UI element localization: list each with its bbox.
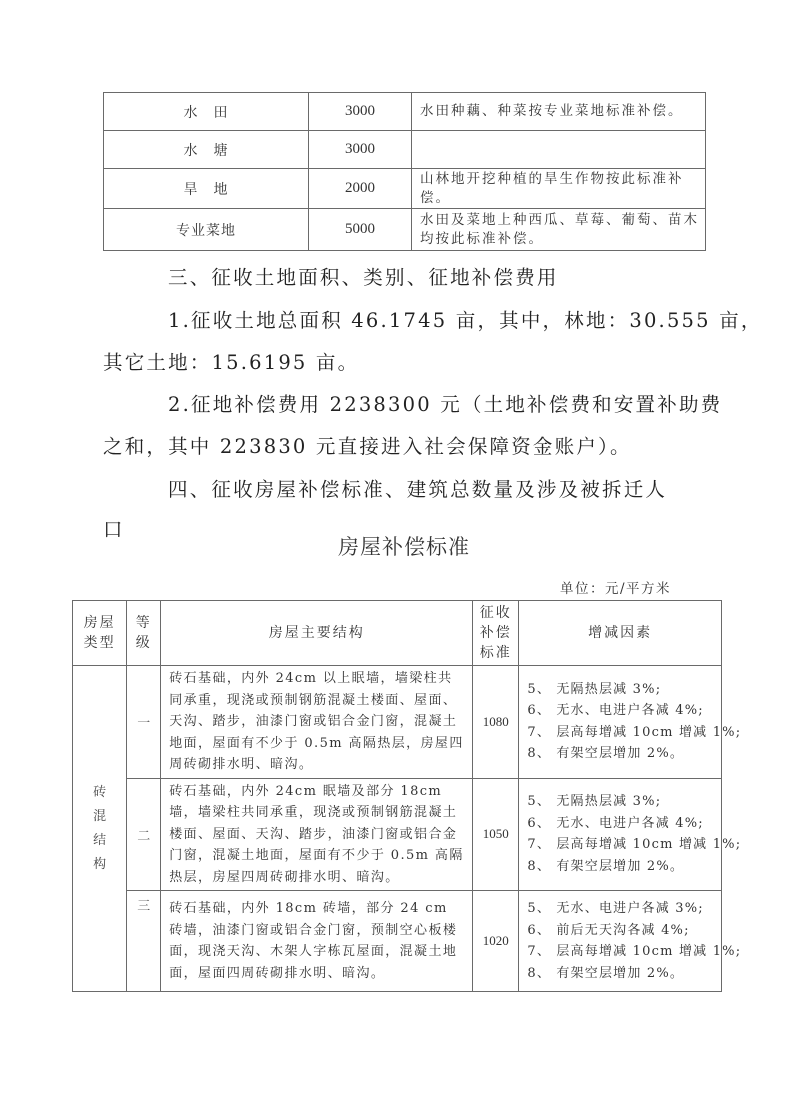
land-row: 旱 地 2000 山林地开挖种植的旱生作物按此标准补偿。: [104, 169, 706, 209]
factors-cell: 5、 无隔热层减 3%; 6、 无水、电进户各减 4%; 7、 层高每增减 10…: [519, 666, 722, 779]
header-standard: 征收补偿标准: [473, 601, 519, 666]
section3-item1-line1: 1.征收土地总面积 46.1745 亩，其中，林地：30.555 亩，: [168, 305, 763, 333]
section3-item2-line1: 2.征地补偿费用 2238300 元（土地补偿费和安置补助费: [168, 389, 722, 417]
house-table-title: 房屋补偿标准: [338, 531, 470, 561]
land-price: 5000: [309, 209, 412, 251]
section4-heading-line1: 四、征收房屋补偿标准、建筑总数量及涉及被拆迁人: [168, 474, 667, 502]
structure-cell: 砖石基础，内外 18cm 砖墙，部分 24 cm 砖墙，油漆门窗或铝合金门窗，预…: [161, 891, 473, 992]
header-grade: 等级: [127, 601, 161, 666]
table-row: 砖混结构 一 砖石基础，内外 24cm 以上眠墙，墙梁柱共同承重，现浇或预制钢筋…: [73, 666, 722, 779]
land-price: 3000: [309, 93, 412, 131]
land-type: 水 田: [104, 93, 309, 131]
standard-cell: 1050: [473, 778, 519, 891]
section3-item2-line2: 之和，其中 223830 元直接进入社会保障资金账户）。: [103, 431, 632, 459]
land-row: 水 田 3000 水田种藕、种菜按专业菜地标准补偿。: [104, 93, 706, 131]
structure-cell: 砖石基础，内外 24cm 以上眠墙，墙梁柱共同承重，现浇或预制钢筋混凝土楼面、屋…: [161, 666, 473, 779]
land-note: 水田及菜地上种西瓜、草莓、葡萄、苗木均按此标准补偿。: [412, 209, 706, 251]
land-type: 水 塘: [104, 131, 309, 169]
land-price: 3000: [309, 131, 412, 169]
land-note: [412, 131, 706, 169]
table-row: 二 砖石基础，内外 24cm 眠墙及部分 18cm 墙，墙梁柱共同承重，现浇或预…: [73, 778, 722, 891]
factors-cell: 5、 无水、电进户各减 3%; 6、 前后无天沟各减 4%; 7、 层高每增减 …: [519, 891, 722, 992]
section4-heading-line2: 口: [103, 514, 125, 542]
section3-item1-line2: 其它土地：15.6195 亩。: [103, 347, 359, 375]
standard-cell: 1020: [473, 891, 519, 992]
grade-cell: 二: [127, 778, 161, 891]
land-compensation-table: 水 田 3000 水田种藕、种菜按专业菜地标准补偿。 水 塘 3000 旱 地 …: [103, 92, 706, 251]
factors-cell: 5、 无隔热层减 3%; 6、 无水、电进户各减 4%; 7、 层高每增减 10…: [519, 778, 722, 891]
land-row: 水 塘 3000: [104, 131, 706, 169]
land-row: 专业菜地 5000 水田及菜地上种西瓜、草莓、葡萄、苗木均按此标准补偿。: [104, 209, 706, 251]
unit-label: 单位：元/平方米: [560, 577, 671, 597]
header-structure: 房屋主要结构: [161, 601, 473, 666]
land-note: 水田种藕、种菜按专业菜地标准补偿。: [412, 93, 706, 131]
land-type: 旱 地: [104, 169, 309, 209]
land-price: 2000: [309, 169, 412, 209]
land-type: 专业菜地: [104, 209, 309, 251]
structure-cell: 砖石基础，内外 24cm 眠墙及部分 18cm 墙，墙梁柱共同承重，现浇或预制钢…: [161, 778, 473, 891]
grade-cell: 一: [127, 666, 161, 779]
header-house-type: 房屋类型: [73, 601, 127, 666]
section3-heading: 三、征收土地面积、类别、征地补偿费用: [168, 262, 559, 290]
house-type-cell: 砖混结构: [73, 666, 127, 992]
table-row: 三 砖石基础，内外 18cm 砖墙，部分 24 cm 砖墙，油漆门窗或铝合金门窗…: [73, 891, 722, 992]
land-note: 山林地开挖种植的旱生作物按此标准补偿。: [412, 169, 706, 209]
house-compensation-table: 房屋类型 等级 房屋主要结构 征收补偿标准 增减因素 砖混结构 一 砖石基础，内…: [72, 600, 722, 992]
grade-cell: 三: [127, 891, 161, 992]
header-row: 房屋类型 等级 房屋主要结构 征收补偿标准 增减因素: [73, 601, 722, 666]
header-factors: 增减因素: [519, 601, 722, 666]
standard-cell: 1080: [473, 666, 519, 779]
